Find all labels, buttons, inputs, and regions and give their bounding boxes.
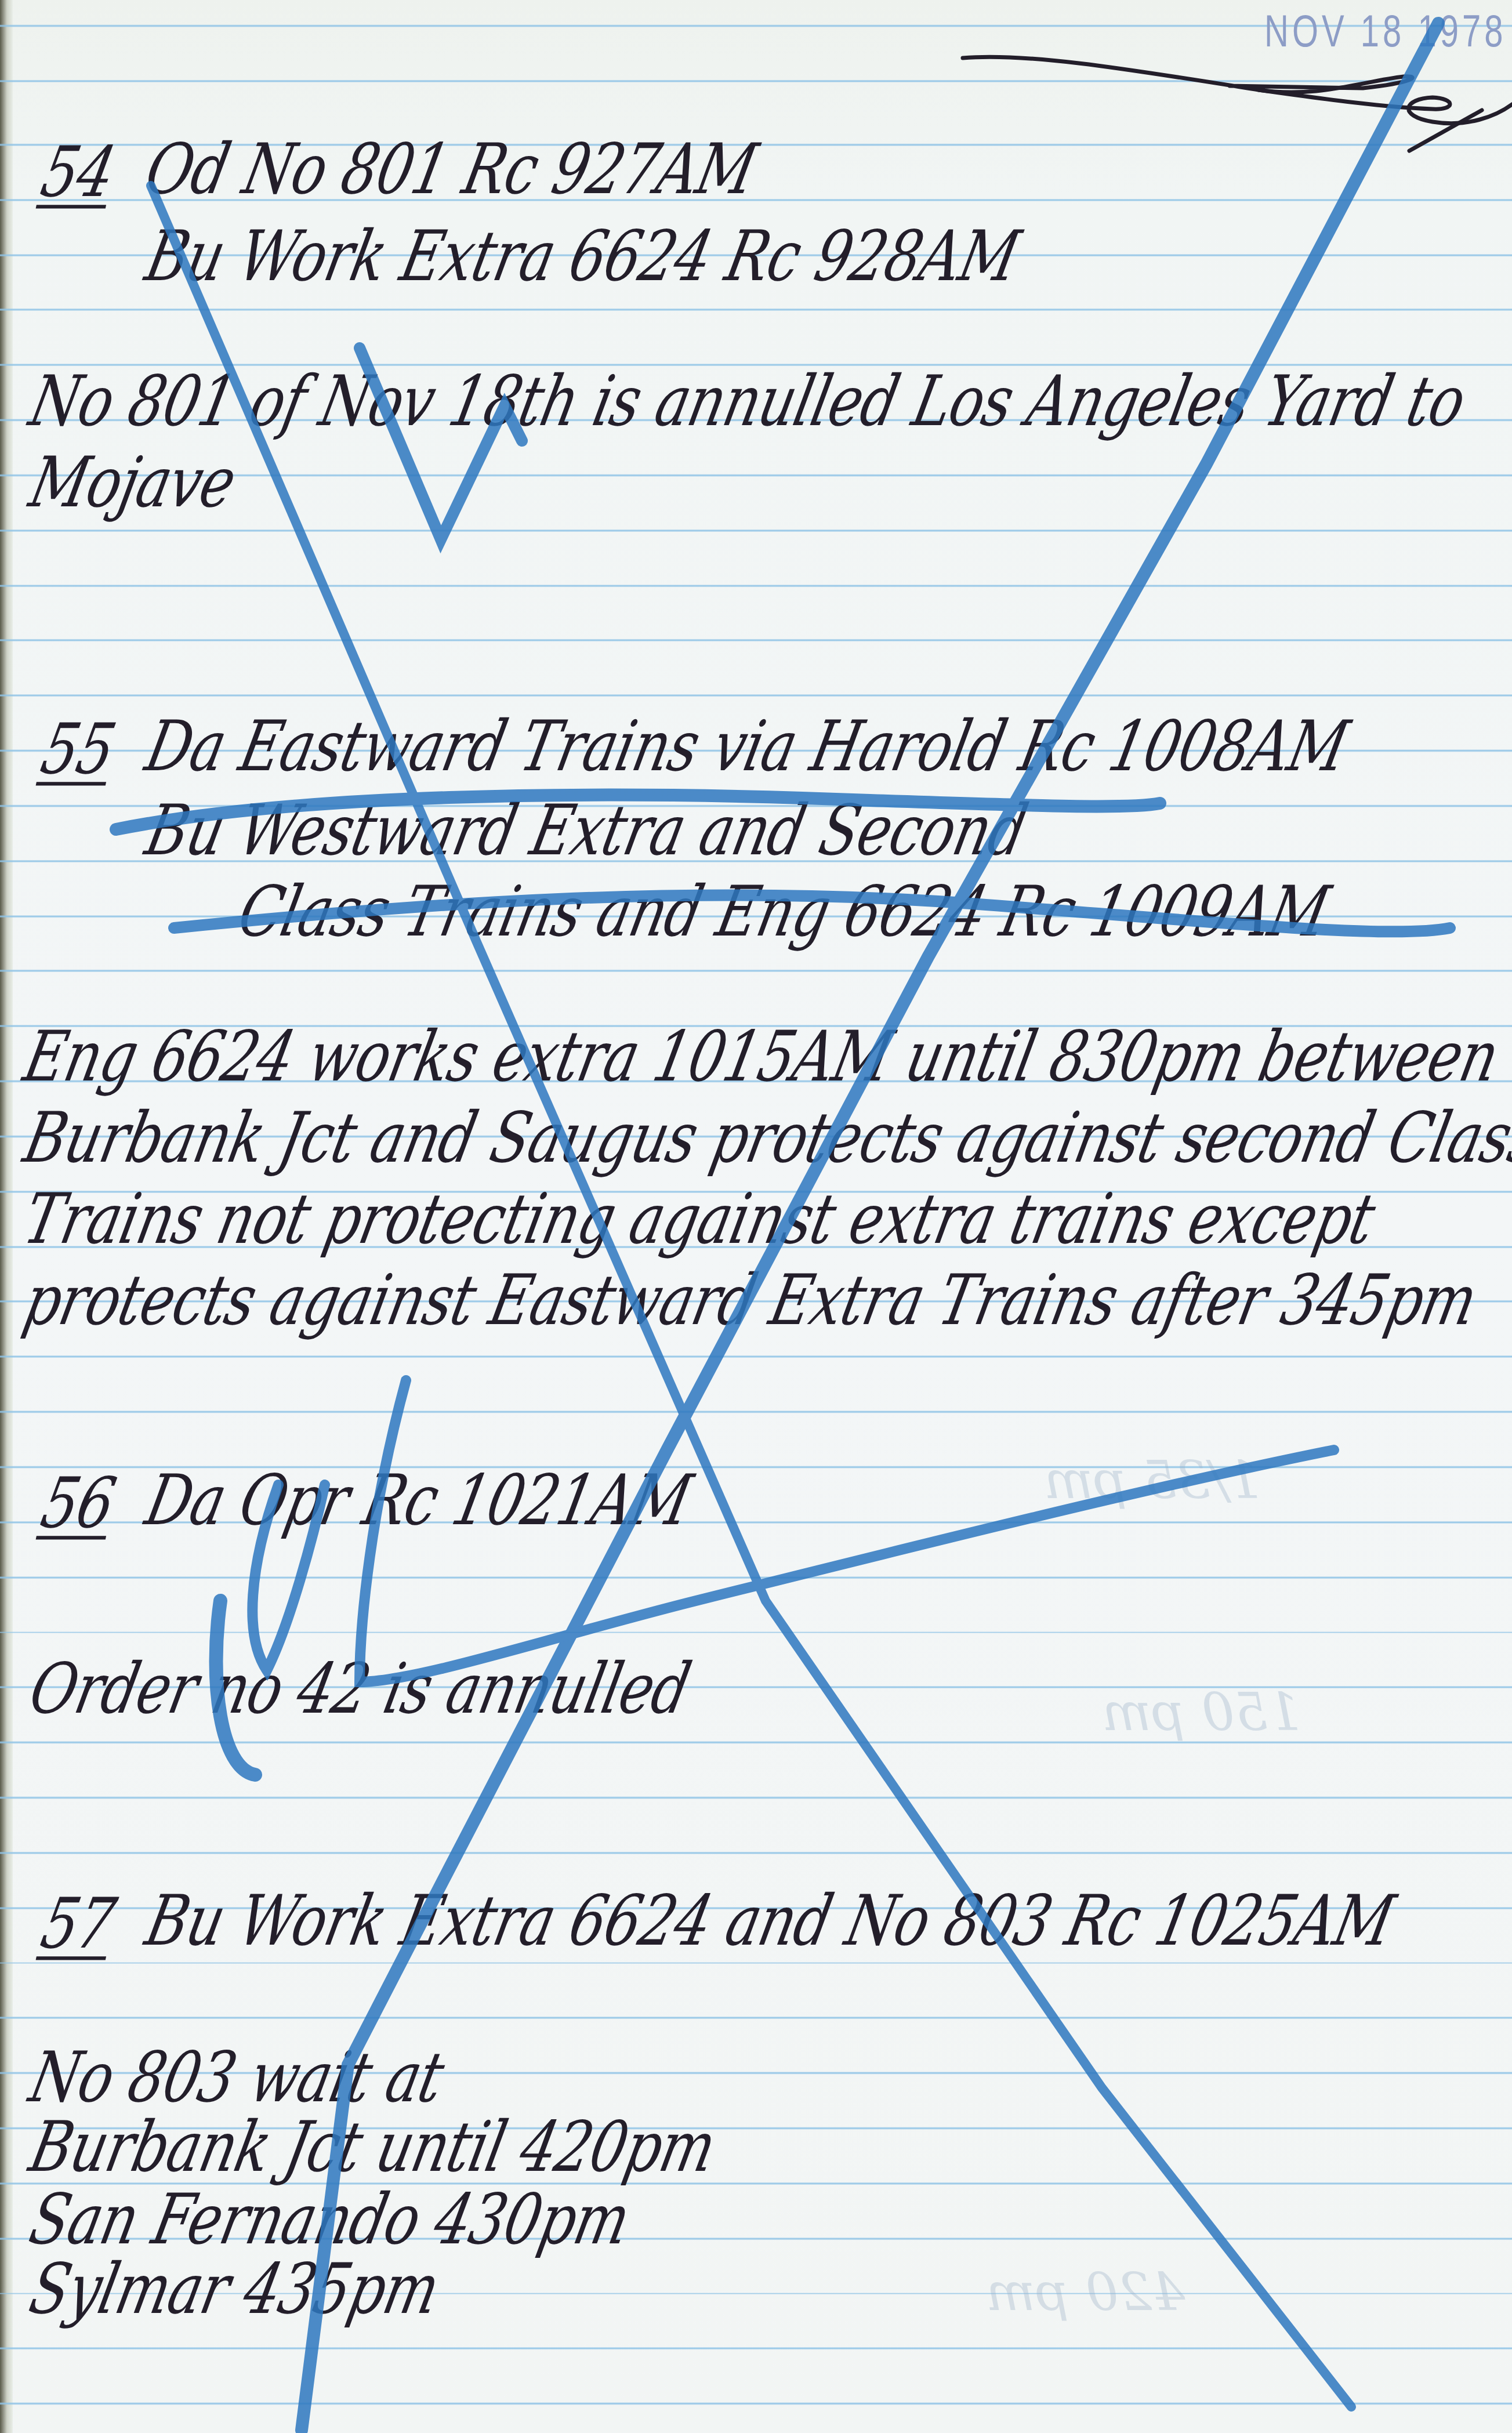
entry-line: Od No 801 Rc 927AM <box>139 129 763 210</box>
entry-line: Da Eastward Trains via Harold Rc 1008AM <box>139 706 1355 787</box>
entry-line: Da Opr Rc 1021AM <box>139 1460 698 1541</box>
bleed-through-text: 1/35 pm <box>1044 1450 1261 1511</box>
entry-body-line: San Fernando 430pm <box>23 2179 637 2260</box>
entry-body-line: Eng 6624 works extra 1015AM until 830pm … <box>17 1016 1506 1097</box>
bleed-through-text: 150 pm <box>1102 1682 1301 1743</box>
entry-line: Bu Work Extra 6624 and No 803 Rc 1025AM <box>139 1880 1401 1961</box>
entry-body-line: Mojave <box>23 442 242 523</box>
signature-initials-icon <box>957 35 1512 186</box>
entry-line: Bu Work Extra 6624 Rc 928AM <box>139 216 1026 297</box>
bleed-through-text: 420 pm <box>986 2262 1185 2323</box>
entry-body-line: Sylmar 435pm <box>23 2249 446 2330</box>
entry-line: Bu Westward Extra and Second <box>139 790 1034 871</box>
entry-body-line: No 803 wait at <box>23 2037 451 2118</box>
entry-body-line: Trains not protecting against extra trai… <box>17 1179 1382 1260</box>
entry-line: Class Trains and Eng 6624 Rc 1009AM <box>232 871 1336 952</box>
entry-body-line: No 801 of Nov 18th is annulled Los Angel… <box>23 361 1472 442</box>
entry-body-line: Burbank Jct and Saugus protects against … <box>17 1097 1512 1179</box>
entry-body-line: protects against Eastward Extra Trains a… <box>17 1260 1484 1341</box>
notebook-page: 1/35 pm 150 pm 420 pm NOV 18 1978 54 Od … <box>0 0 1512 2433</box>
entry-body-line: Order no 42 is annulled <box>23 1648 697 1729</box>
entry-body-line: Burbank Jct until 420pm <box>23 2106 722 2188</box>
